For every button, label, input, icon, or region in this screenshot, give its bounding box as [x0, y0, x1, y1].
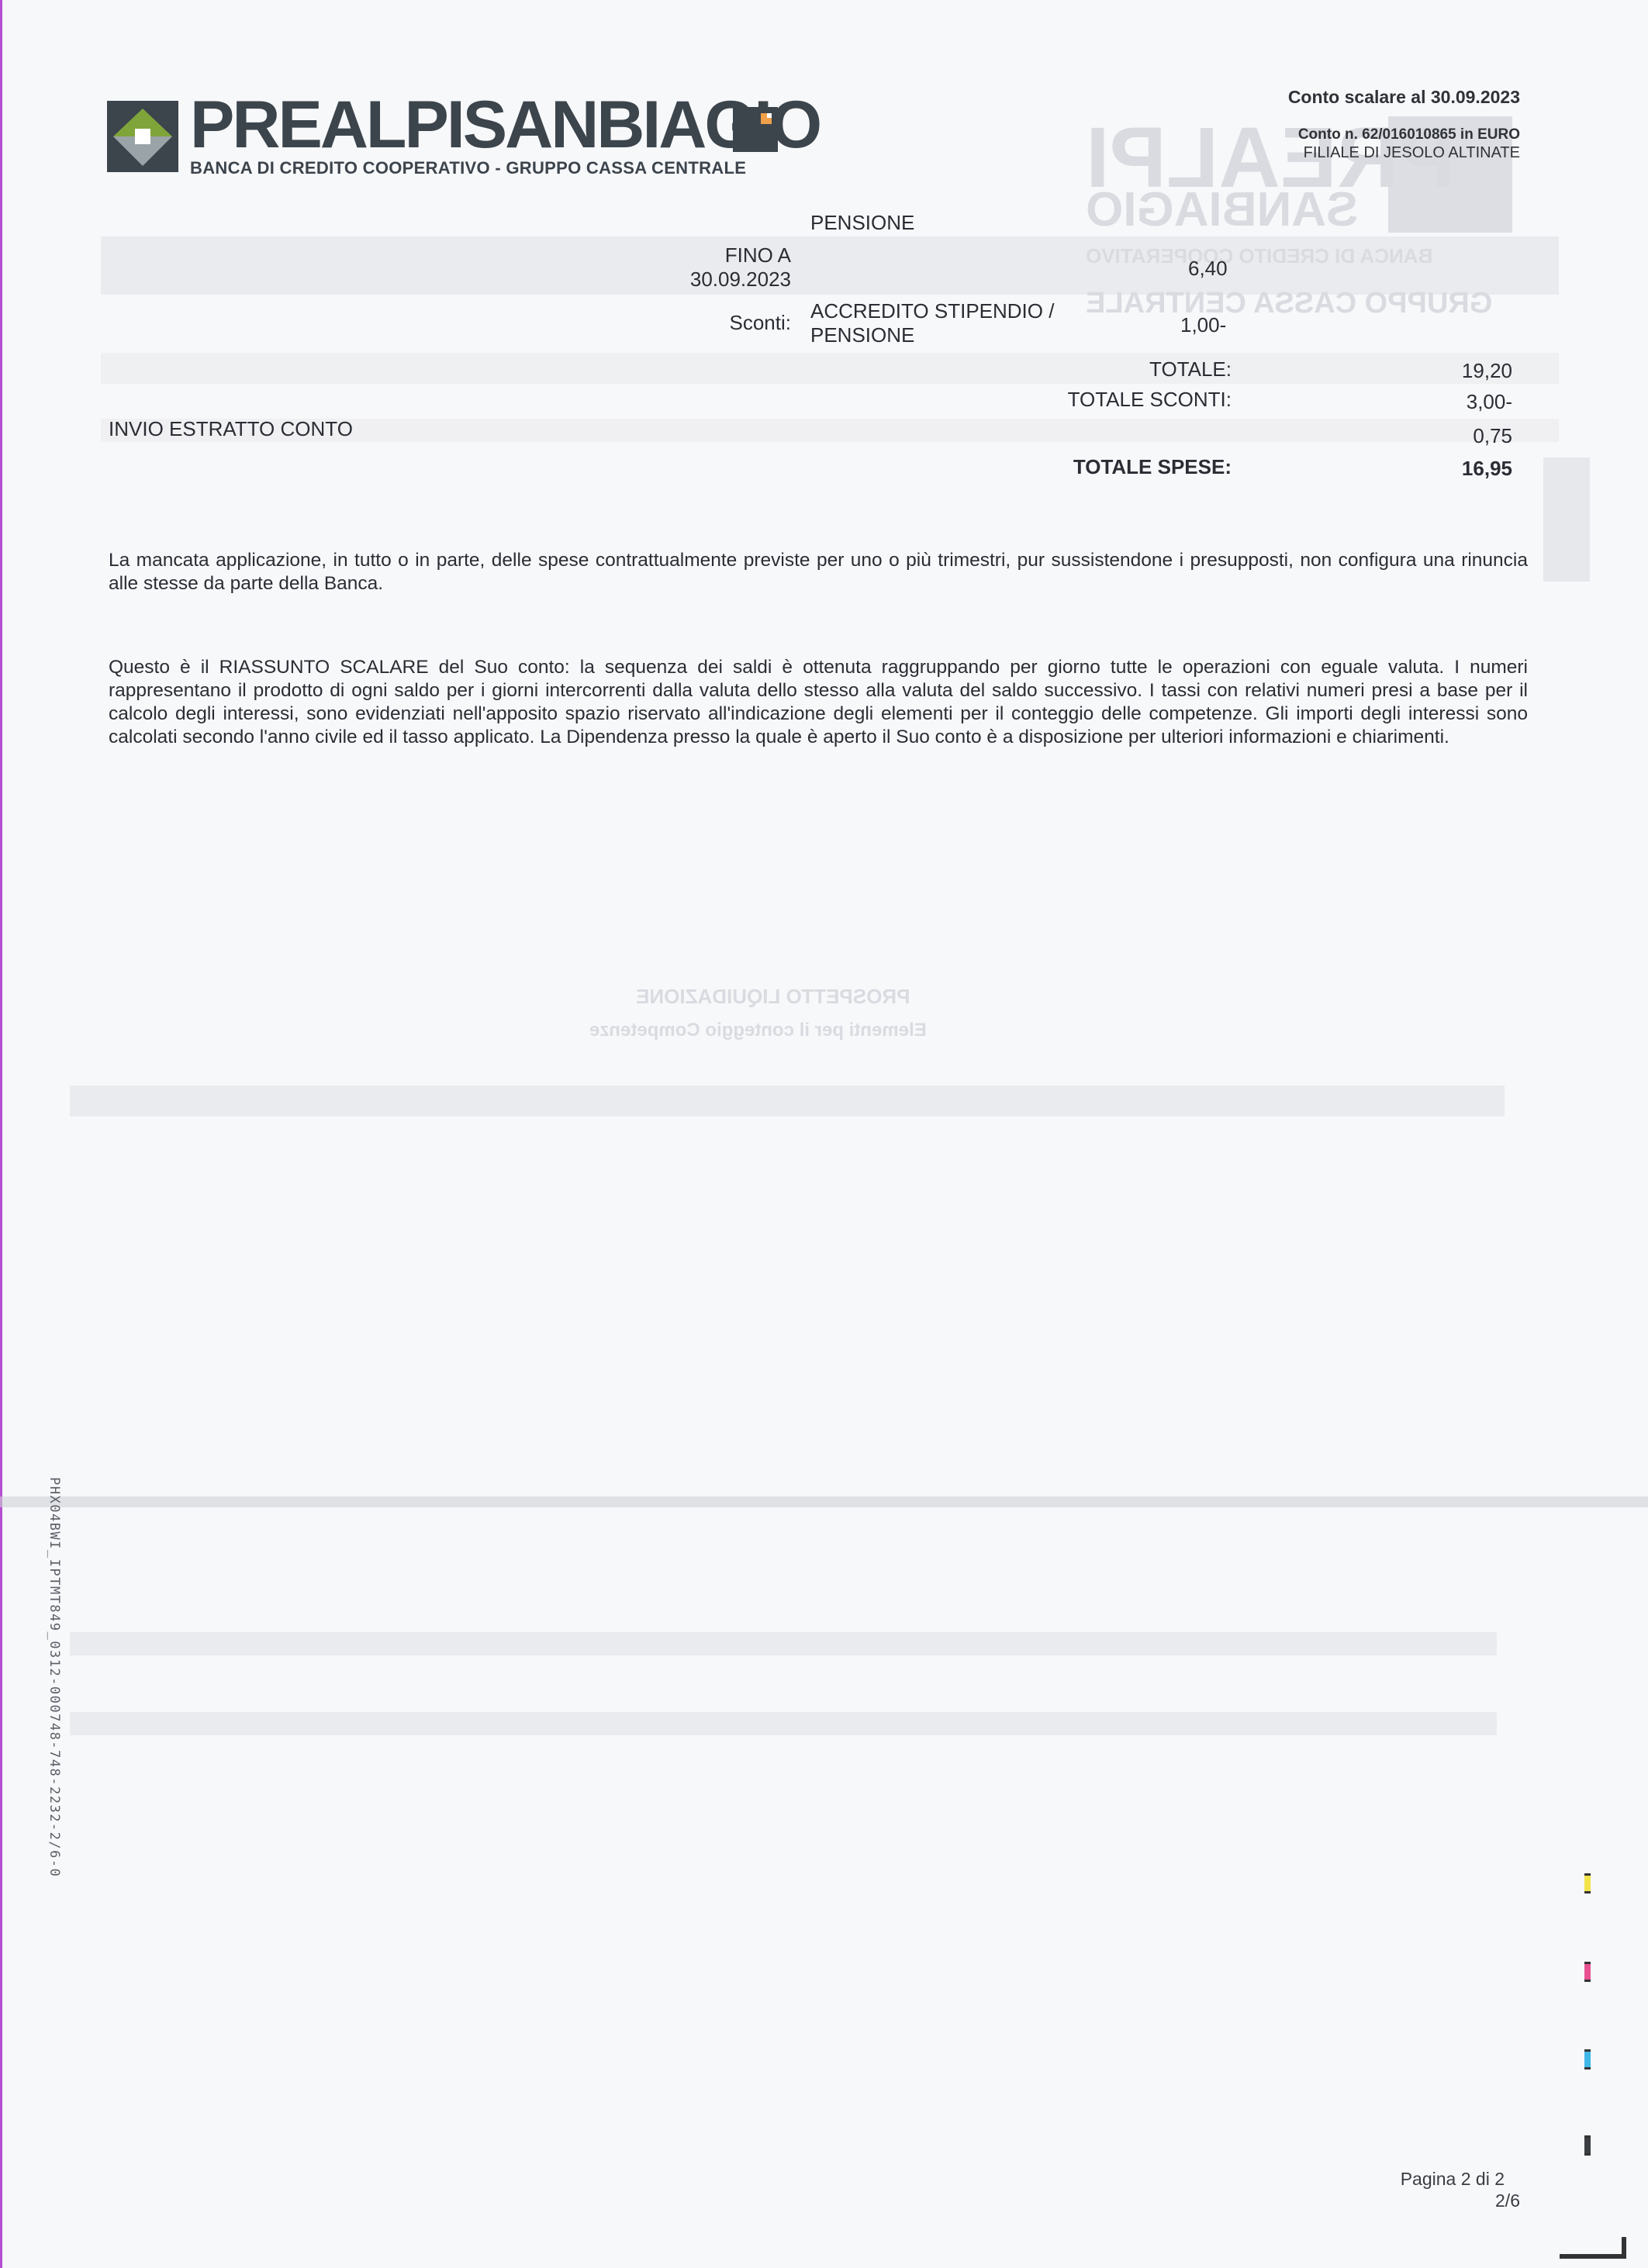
sconti-label: Sconti: [620, 311, 791, 335]
branch-name: FILIALE DI JESOLO ALTINATE [1304, 144, 1520, 162]
fino-a-amount: 6,40 [1188, 257, 1228, 281]
sheet-number: 2/6 [1495, 2190, 1520, 2211]
totale-spese-label: TOTALE SPESE: [1008, 455, 1232, 479]
yellow-register-mark [1584, 1873, 1591, 1893]
totale-value: 19,20 [1396, 359, 1512, 383]
invio-estratto-label: INVIO ESTRATTO CONTO [109, 417, 353, 441]
logo-square-icon [733, 107, 778, 152]
cyan-register-mark [1584, 2049, 1591, 2070]
sconti-desc-line2: PENSIONE [810, 323, 914, 347]
corner-crop-mark [1560, 2237, 1626, 2259]
bank-subtitle: BANCA DI CREDITO COOPERATIVO - GRUPPO CA… [190, 158, 746, 178]
logo-diamond-icon [107, 101, 178, 172]
page-number: Pagina 2 di 2 [1401, 2167, 1505, 2190]
page-edge [0, 0, 2, 2268]
account-number: Conto n. 62/016010865 in EURO [1298, 126, 1520, 143]
magenta-register-mark [1584, 1962, 1591, 1982]
fino-a-label: FINO A [620, 243, 791, 268]
sconti-desc-line1: ACCREDITO STIPENDIO / [810, 299, 1054, 323]
totale-sconti-label: TOTALE SCONTI: [1008, 388, 1232, 412]
invio-estratto-amount: 0,75 [1396, 424, 1512, 448]
document-code: PHX04BWI_IPTMT849_0312-000748-748-2232-2… [47, 1477, 62, 1877]
scalare-summary-note: Questo è il RIASSUNTO SCALARE del Suo co… [109, 656, 1528, 749]
totale-label: TOTALE: [1008, 357, 1232, 381]
bank-name: PREALPISANBIAGIO [190, 91, 820, 158]
totale-spese-value: 16,95 [1396, 457, 1512, 481]
fino-a-date: 30.09.2023 [620, 268, 791, 292]
statement-title: Conto scalare al 30.09.2023 [1288, 87, 1520, 108]
pensione-label: PENSIONE [810, 211, 914, 235]
waiver-note: La mancata applicazione, in tutto o in p… [109, 549, 1528, 595]
black-register-mark [1584, 2135, 1591, 2156]
totale-sconti-value: 3,00- [1396, 390, 1512, 414]
sconti-amount: 1,00- [1180, 313, 1226, 337]
